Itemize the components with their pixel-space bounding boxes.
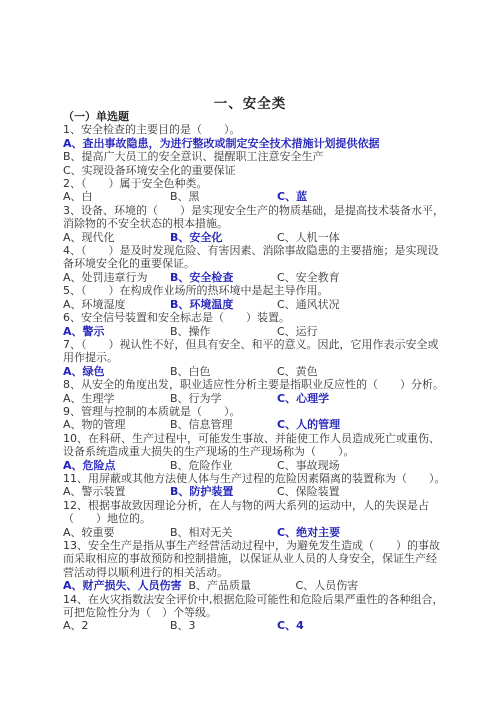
question-block: 4、（ ）是及时发现危险、有害因素、消除事故隐患的主要措施；是实现设备环境安全化… — [63, 244, 443, 284]
answer-option: B、危险作业 — [170, 459, 270, 472]
answer-option: B、行为学 — [170, 392, 270, 405]
answer-option: B、防护装置 — [170, 485, 270, 498]
question-stem-line: 用作提示。 — [63, 351, 443, 364]
answer-option: C、保险装置 — [277, 485, 377, 498]
answer-option: C、人机一体 — [277, 231, 377, 244]
answer-option: A、环境湿度 — [63, 298, 163, 311]
answer-options-row: A、危险点B、危险作业C、事故现场 — [63, 459, 443, 472]
question-stem-line: 5、（ ）在构成作业场所的热环境中是起主导作用。 — [63, 284, 443, 297]
question-stem-line: 消除物的不安全状态的根本措施。 — [63, 217, 443, 230]
answer-option: B、提高广大员工的安全意识、提醒职工注意安全生产 — [63, 150, 443, 163]
answer-option: A、警示装置 — [63, 485, 163, 498]
answer-option: B、操作 — [170, 325, 270, 338]
answer-option: C、蓝 — [277, 190, 377, 203]
question-stem-line: 11、用屏蔽或其他方法使人体与生产过程的危险因素隔离的装置称为（ ）。 — [63, 472, 443, 485]
question-stem-line: 10、在科研、生产过程中，可能发生事故、并能使工作人员造成死亡或重伤、 — [63, 432, 443, 445]
question-stem-line: 备环境安全化的重要保证。 — [63, 257, 443, 270]
answer-option: A、处罚违章行为 — [63, 271, 163, 284]
question-block: 5、（ ）在构成作业场所的热环境中是起主导作用。A、环境湿度B、环境温度C、通风… — [63, 284, 443, 311]
question-block: 1、安全检查的主要目的是（ ）。A、查出事故隐患，为进行整改或制定安全技术措施计… — [63, 123, 443, 177]
answer-option: B、安全化 — [170, 231, 270, 244]
answer-options-row: A、较重要B、相对无关C、绝对主要 — [63, 526, 443, 539]
answer-options-row: A、2B、3C、4 — [63, 619, 443, 632]
document-page: 一、安全类 （一）单选题 1、安全检查的主要目的是（ ）。A、查出事故隐患，为进… — [0, 0, 500, 707]
answer-option: C、人员伤害 — [296, 579, 396, 592]
answer-options-row: A、警示装置B、防护装置C、保险装置 — [63, 485, 443, 498]
section-heading: （一）单选题 — [63, 110, 443, 123]
answer-option: A、查出事故隐患，为进行整改或制定安全技术措施计划提供依据 — [63, 137, 443, 150]
question-stem-line: 6、安全信号装置和安全标志是（ ）装置。 — [63, 311, 443, 324]
answer-options-row: A、物的管理B、信息管理C、人的管理 — [63, 418, 443, 431]
answer-option: B、产品质量 — [189, 579, 289, 592]
question-stem-line: 14、在火灾指数法安全评价中,根据危险可能性和危险后果严重性的各种组合， — [63, 593, 443, 606]
answer-option: A、较重要 — [63, 526, 163, 539]
answer-option: C、4 — [277, 619, 377, 632]
answer-options-row: A、警示B、操作C、运行 — [63, 325, 443, 338]
answer-option: C、通风状况 — [277, 298, 377, 311]
answer-option: A、现代化 — [63, 231, 163, 244]
answer-option: C、实现设备环境安全化的重要保证 — [63, 164, 443, 177]
answer-option: B、环境温度 — [170, 298, 270, 311]
question-block: 11、用屏蔽或其他方法使人体与生产过程的危险因素隔离的装置称为（ ）。A、警示装… — [63, 472, 443, 499]
question-stem-line: 9、管理与控制的本质就是（ ）。 — [63, 405, 443, 418]
question-list: 1、安全检查的主要目的是（ ）。A、查出事故隐患，为进行整改或制定安全技术措施计… — [63, 123, 443, 632]
answer-option: A、绿色 — [63, 365, 163, 378]
answer-option: B、白色 — [170, 365, 270, 378]
question-block: 7、（ ）视认性不好，但具有安全、和平的意义。因此，它用作表示安全或用作提示。A… — [63, 338, 443, 378]
question-stem-line: 而采取相应的事故预防和控制措施，以保证从业人员的人身安全，保证生产经 — [63, 552, 443, 565]
answer-option: B、信息管理 — [170, 418, 270, 431]
answer-options-row: A、环境湿度B、环境温度C、通风状况 — [63, 298, 443, 311]
question-stem-line: 12、根据事故致因理论分析，在人与物的两大系列的运动中，人的失误是占 — [63, 499, 443, 512]
question-block: 9、管理与控制的本质就是（ ）。A、物的管理B、信息管理C、人的管理 — [63, 405, 443, 432]
question-stem-line: 4、（ ）是及时发现危险、有害因素、消除事故隐患的主要措施；是实现设 — [63, 244, 443, 257]
page-title: 一、安全类 — [0, 92, 500, 112]
answer-option: A、白 — [63, 190, 163, 203]
document-content: （一）单选题 1、安全检查的主要目的是（ ）。A、查出事故隐患，为进行整改或制定… — [63, 110, 443, 633]
question-stem-line: 可把危险性分为（ ）个等级。 — [63, 606, 443, 619]
question-stem-line: 2、（ ）属于安全色种类。 — [63, 177, 443, 190]
answer-option: C、事故现场 — [277, 459, 377, 472]
question-block: 13、安全生产是指从事生产经营活动过程中，为避免发生造成（ ）的事故而采取相应的… — [63, 539, 443, 593]
answer-option: B、黑 — [170, 190, 270, 203]
answer-option: C、黄色 — [277, 365, 377, 378]
answer-option: A、警示 — [63, 325, 163, 338]
question-stem-line: （ ）地位的。 — [63, 512, 443, 525]
question-stem-line: 1、安全检查的主要目的是（ ）。 — [63, 123, 443, 136]
answer-option: C、运行 — [277, 325, 377, 338]
question-stem-line: 7、（ ）视认性不好，但具有安全、和平的意义。因此，它用作表示安全或 — [63, 338, 443, 351]
answer-option: C、安全教育 — [277, 271, 377, 284]
answer-option: A、危险点 — [63, 459, 163, 472]
question-stem-line: 3、设备、环境的（ ）是实现安全生产的物质基础，是提高技术装备水平， — [63, 204, 443, 217]
answer-options-row: A、绿色B、白色C、黄色 — [63, 365, 443, 378]
question-stem-line: 营活动得以顺利进行的相关活动。 — [63, 566, 443, 579]
answer-option: C、绝对主要 — [277, 526, 377, 539]
answer-options-row: A、生理学B、行为学C、心理学 — [63, 392, 443, 405]
answer-options-row: A、现代化B、安全化C、人机一体 — [63, 231, 443, 244]
answer-option: B、相对无关 — [170, 526, 270, 539]
question-block: 3、设备、环境的（ ）是实现安全生产的物质基础，是提高技术装备水平，消除物的不安… — [63, 204, 443, 244]
question-stem-line: 设备系统造成重大损失的生产现场的生产现场称为（ ）。 — [63, 445, 443, 458]
question-block: 2、（ ）属于安全色种类。A、白B、黑C、蓝 — [63, 177, 443, 204]
answer-options-row: A、处罚违章行为B、安全检查C、安全教育 — [63, 271, 443, 284]
answer-option: A、2 — [63, 619, 163, 632]
answer-option: C、人的管理 — [277, 418, 377, 431]
question-block: 8、从安全的角度出发，职业适应性分析主要是指职业反应性的（ ）分析。A、生理学B… — [63, 378, 443, 405]
question-block: 6、安全信号装置和安全标志是（ ）装置。A、警示B、操作C、运行 — [63, 311, 443, 338]
question-block: 14、在火灾指数法安全评价中,根据危险可能性和危险后果严重性的各种组合，可把危险… — [63, 593, 443, 633]
question-block: 12、根据事故致因理论分析，在人与物的两大系列的运动中，人的失误是占（ ）地位的… — [63, 499, 443, 539]
answer-option: A、生理学 — [63, 392, 163, 405]
answer-options-row: A、白B、黑C、蓝 — [63, 190, 443, 203]
answer-options-row: A、财产损失、人员伤害B、产品质量C、人员伤害 — [63, 579, 443, 592]
answer-option: B、3 — [170, 619, 270, 632]
question-block: 10、在科研、生产过程中，可能发生事故、并能使工作人员造成死亡或重伤、设备系统造… — [63, 432, 443, 472]
answer-option: A、财产损失、人员伤害 — [63, 579, 182, 592]
answer-option: B、安全检查 — [170, 271, 270, 284]
answer-option: C、心理学 — [277, 392, 377, 405]
question-stem-line: 13、安全生产是指从事生产经营活动过程中，为避免发生造成（ ）的事故 — [63, 539, 443, 552]
answer-option: A、物的管理 — [63, 418, 163, 431]
question-stem-line: 8、从安全的角度出发，职业适应性分析主要是指职业反应性的（ ）分析。 — [63, 378, 443, 391]
